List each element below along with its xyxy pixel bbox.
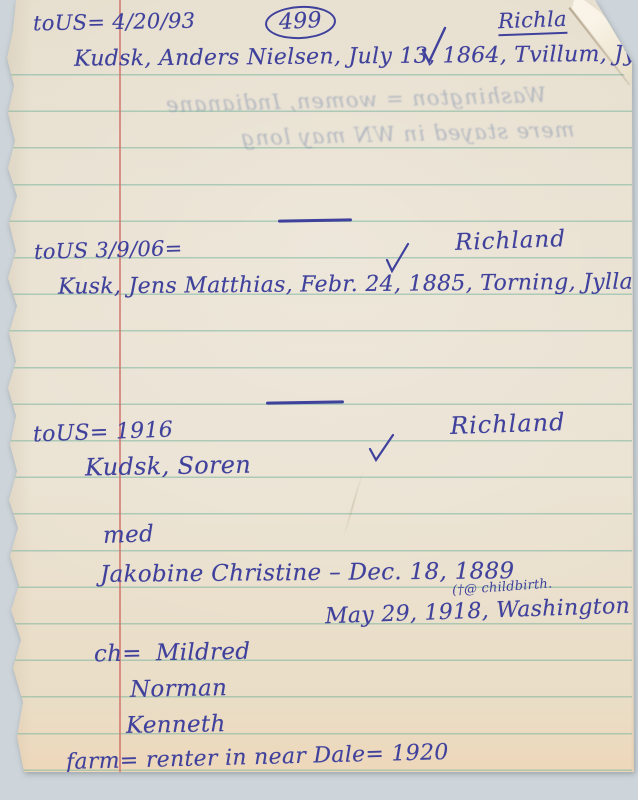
emigration-note-soren: toUS= 1916 xyxy=(33,418,174,448)
farm-note: farm= renter in near Dale= 1920 xyxy=(66,740,449,775)
spouse-death-line: May 29, 1918, Washington - PV xyxy=(325,592,638,630)
checkmark-icon xyxy=(420,26,446,66)
children-row-1: ch=Mildred xyxy=(94,639,251,668)
scanned-paper-sheet: toUS= 4/20/93 499 Richla Kudsk, Anders N… xyxy=(0,0,638,800)
paper-wrinkle xyxy=(342,469,364,541)
child-name-norman: Norman xyxy=(130,675,228,703)
entry-3-person-line: Kudsk, Soren xyxy=(85,451,251,482)
children-label: ch= xyxy=(94,641,142,668)
page-number-badge: 499 xyxy=(265,6,336,39)
emigration-note-jens: toUS 3/9/06= xyxy=(34,236,183,264)
place-soren: Richland xyxy=(450,408,566,440)
marriage-label: med xyxy=(103,521,155,549)
bleed-through-line-1: Washington = women, Indianane xyxy=(165,83,547,117)
separator-dash-2 xyxy=(266,400,344,404)
child-name-kenneth: Kenneth xyxy=(126,711,226,739)
checkmark-icon xyxy=(385,242,409,274)
separator-dash-1 xyxy=(278,218,352,222)
entry-1-person-line: Kudsk, Anders Nielsen, July 13, 1864, Tv… xyxy=(74,41,638,71)
entry-2-person-line: Kusk, Jens Matthias, Febr. 24, 1885, Tor… xyxy=(58,269,638,299)
scanned-page: { "header": { "emigration_note": "toUS= … xyxy=(0,0,638,800)
emigration-note-anders: toUS= 4/20/93 xyxy=(33,9,196,36)
checkmark-icon xyxy=(368,432,394,462)
paper-background: toUS= 4/20/93 499 Richla Kudsk, Anders N… xyxy=(0,0,638,800)
child-name-mildred: Mildred xyxy=(156,639,251,667)
place-abbreviation: Richla xyxy=(498,7,568,33)
page-number: 499 xyxy=(264,4,337,41)
bleed-through-line-2: mere stayed in WN may long xyxy=(240,118,575,151)
place-jens: Richland xyxy=(455,226,567,256)
